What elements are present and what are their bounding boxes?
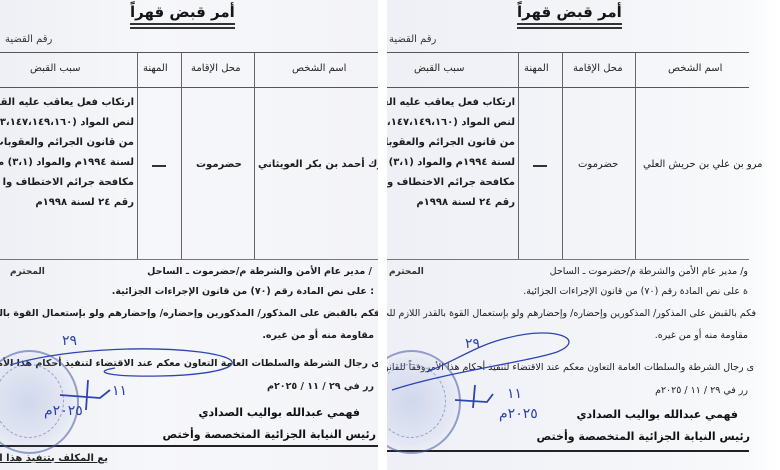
handwritten-ink-marks	[0, 0, 378, 470]
handwritten-year: ٢٠٢٥م	[44, 403, 83, 419]
document-photo-right: أمر قبض قهراً رقم القضية اسم الشخص محل ا…	[387, 0, 780, 470]
handwritten-ink-marks	[387, 0, 780, 470]
panel-divider	[378, 0, 387, 470]
handwritten-year: ٢٠٢٥م	[499, 406, 538, 422]
handwritten-month: ١١	[112, 383, 127, 399]
arrest-warrant-document: أمر قبض قهراً رقم القضية اسم الشخص محل ا…	[0, 0, 378, 470]
handwritten-day: ٢٩	[465, 336, 480, 352]
arrest-warrant-document: أمر قبض قهراً رقم القضية اسم الشخص محل ا…	[387, 0, 780, 470]
handwritten-month: ١١	[507, 386, 522, 402]
document-photo-left: أمر قبض قهراً رقم القضية اسم الشخص محل ا…	[0, 0, 378, 470]
handwritten-day: ٢٩	[62, 333, 77, 349]
